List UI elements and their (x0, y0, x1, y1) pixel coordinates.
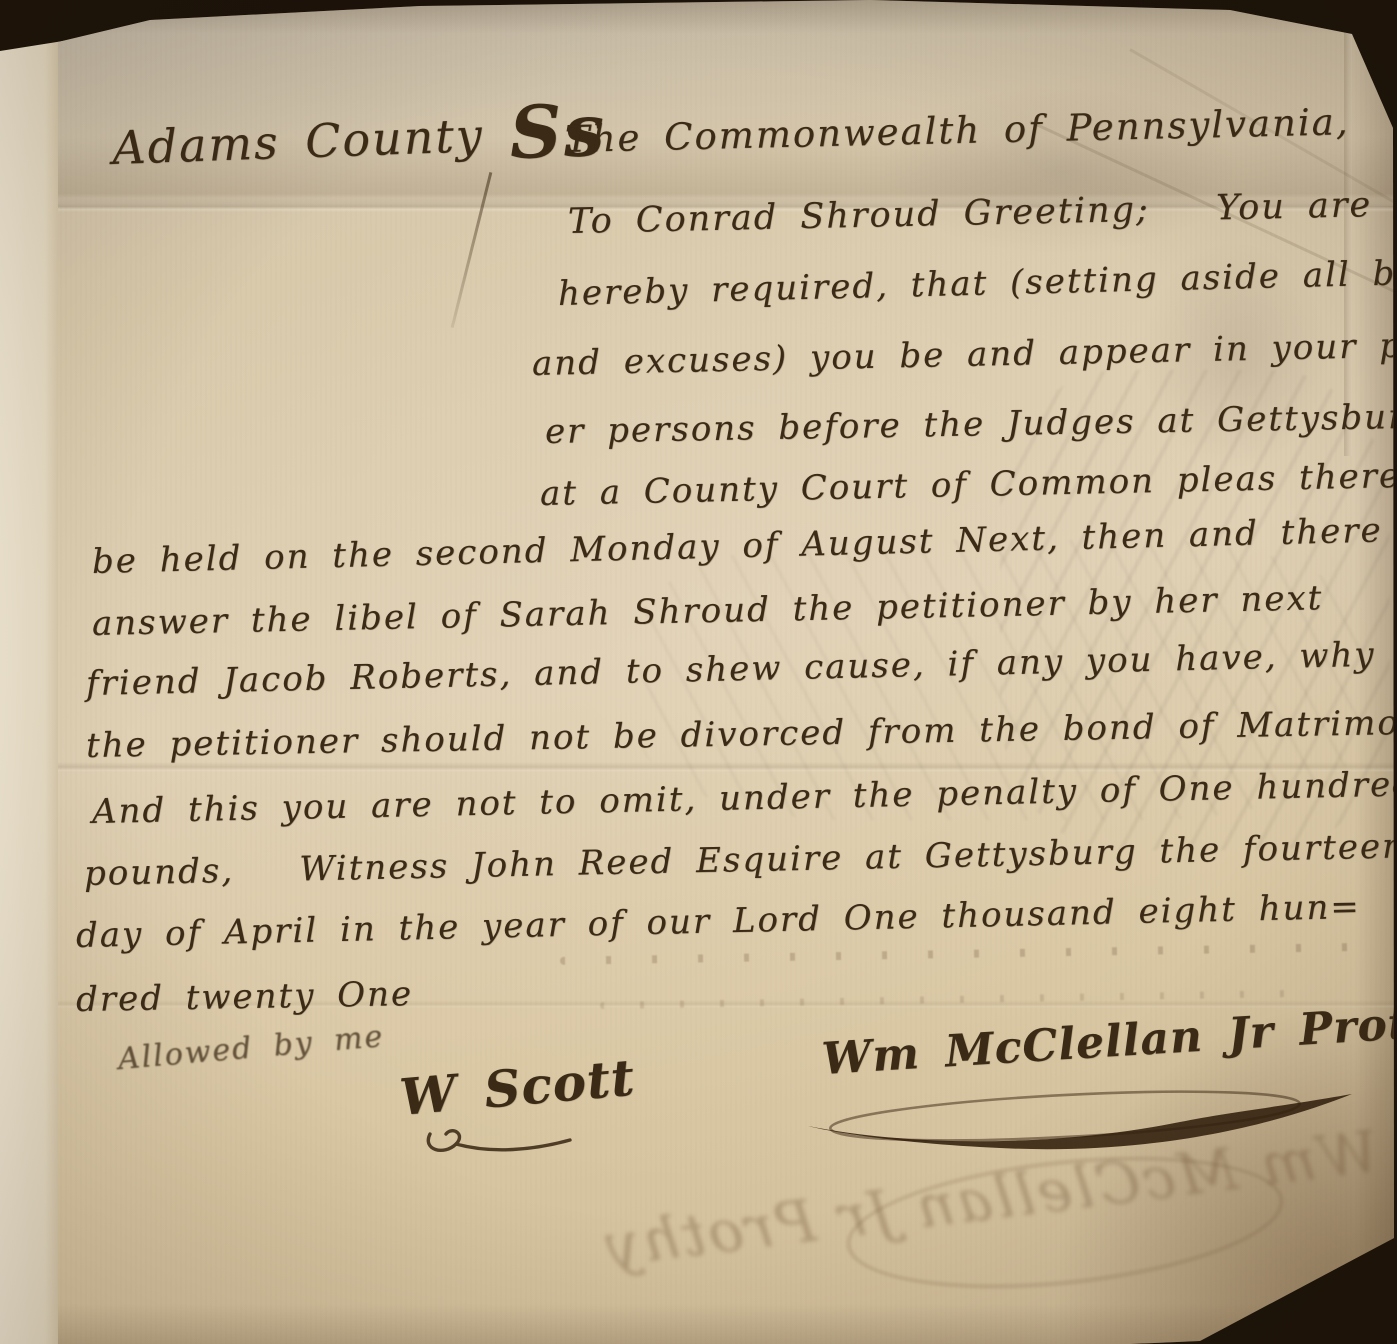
document-paper: Adams CountySs The Commonwealth of Penns… (0, 0, 1397, 1344)
allowed-note: Allowed by me (116, 1019, 385, 1077)
county-heading-text: Adams County (111, 108, 484, 175)
clerk-signature: Wm McClellan Jr Prothy (820, 995, 1397, 1085)
bleedthrough-dots-2 (600, 990, 1300, 1009)
bleedthrough-dots-1 (560, 943, 1350, 965)
manuscript-line: friend Jacob Roberts, and to shew cause,… (86, 635, 1376, 704)
manuscript-line: And this you are not to omit, under the … (92, 764, 1397, 832)
manuscript-line: To Conrad Shroud Greeting; You are (568, 185, 1373, 242)
manuscript-line: the petitioner should not be divorced fr… (86, 702, 1397, 766)
manuscript-line: and excuses) you be and appear in your p… (532, 324, 1397, 384)
judge-signature: W Scott (397, 1048, 637, 1127)
manuscript-line: day of April in the year of our Lord One… (76, 887, 1362, 956)
ss-flourish-tail (451, 172, 493, 328)
manuscript-line: er persons before the Judges at Gettysbu… (545, 396, 1397, 452)
scanned-document-photo: Adams CountySs The Commonwealth of Penns… (0, 0, 1397, 1344)
manuscript-line: be held on the second Monday of August N… (92, 509, 1397, 582)
manuscript-line: The Commonwealth of Pennsylvania, (565, 100, 1350, 161)
manuscript-line: at a County Court of Common pleas there … (540, 455, 1397, 514)
manuscript-line: pounds, Witness John Reed Esquire at Get… (84, 825, 1397, 894)
manuscript-line: hereby required, that (setting aside all… (558, 250, 1397, 314)
county-heading: Adams CountySs (111, 79, 608, 181)
signature-flourish-small (420, 1118, 580, 1162)
fold-crease-vertical (1344, 26, 1352, 456)
manuscript-line: answer the libel of Sarah Shroud the pet… (92, 578, 1324, 644)
manuscript-line: dred twenty One (76, 974, 414, 1020)
